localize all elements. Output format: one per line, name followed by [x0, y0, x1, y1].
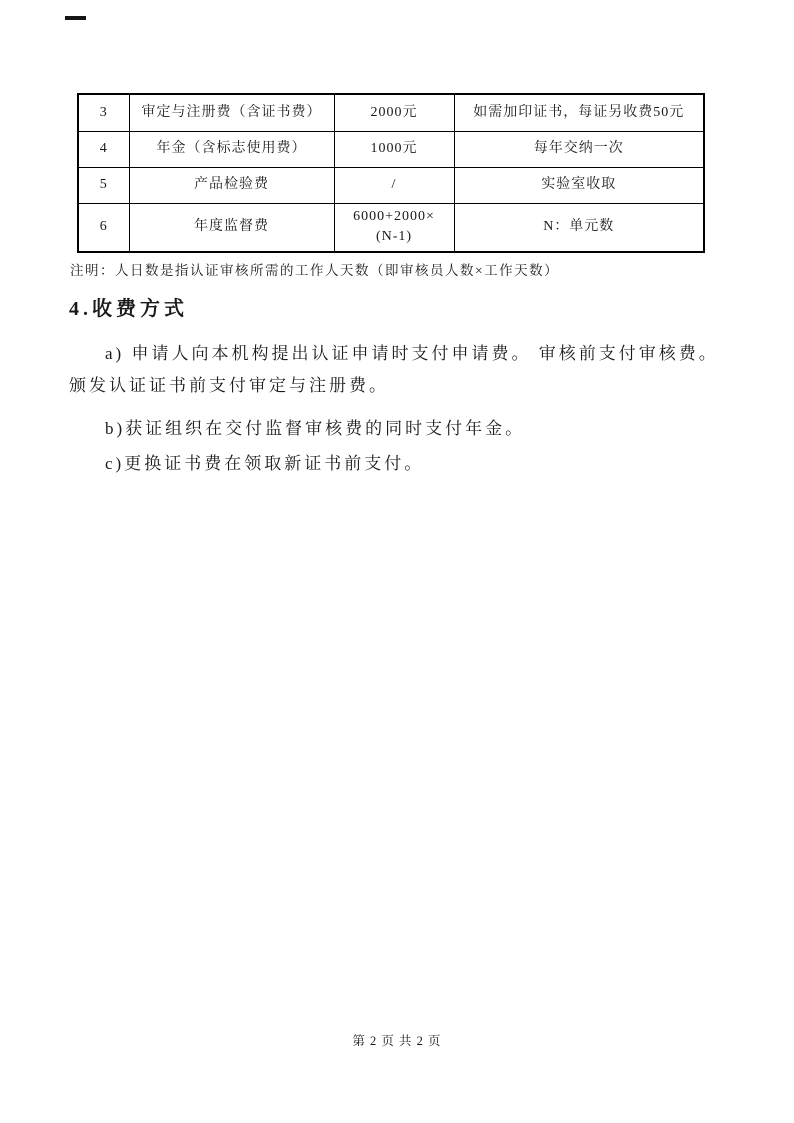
- section-heading: 4.收费方式: [69, 292, 188, 321]
- row-number-cell: 3: [78, 94, 129, 131]
- table-row: 3 审定与注册费（含证书费） 2000元 如需加印证书，每证另收费50元: [78, 94, 704, 131]
- table-row: 6 年度监督费 6000+2000× (N-1) N：单元数: [78, 203, 704, 252]
- table-row: 4 年金（含标志使用费） 1000元 每年交纳一次: [78, 131, 704, 167]
- table-row: 5 产品检验费 / 实验室收取: [78, 167, 704, 203]
- document-page: 3 审定与注册费（含证书费） 2000元 如需加印证书，每证另收费50元 4 年…: [0, 0, 794, 1123]
- fee-amount-cell: 2000元: [334, 94, 454, 131]
- fee-amount-cell: 1000元: [334, 131, 454, 167]
- fee-item-cell: 审定与注册费（含证书费）: [129, 94, 334, 131]
- row-number-cell: 5: [78, 167, 129, 203]
- fee-remark-cell: N：单元数: [454, 203, 704, 252]
- page-number: 第 2 页 共 2 页: [0, 1031, 794, 1049]
- fee-remark-cell: 实验室收取: [454, 167, 704, 203]
- fee-item-cell: 产品检验费: [129, 167, 334, 203]
- fee-item-cell: 年度监督费: [129, 203, 334, 252]
- paragraph-a-line1: a) 申请人向本机构提出认证申请时支付申请费。 审核前支付审核费。: [105, 339, 719, 364]
- fee-remark-cell: 如需加印证书，每证另收费50元: [454, 94, 704, 131]
- paragraph-c: c)更换证书费在领取新证书前支付。: [105, 449, 424, 474]
- fee-amount-cell: 6000+2000× (N-1): [334, 203, 454, 252]
- fee-table: 3 审定与注册费（含证书费） 2000元 如需加印证书，每证另收费50元 4 年…: [77, 93, 705, 253]
- row-number-cell: 4: [78, 131, 129, 167]
- table-note: 注明：人日数是指认证审核所需的工作人天数（即审核员人数×工作天数）: [70, 259, 559, 279]
- fee-item-cell: 年金（含标志使用费）: [129, 131, 334, 167]
- fee-remark-cell: 每年交纳一次: [454, 131, 704, 167]
- row-number-cell: 6: [78, 203, 129, 252]
- paragraph-b: b)获证组织在交付监督审核费的同时支付年金。: [105, 414, 525, 439]
- dash-mark: [65, 16, 86, 20]
- paragraph-a-line2: 颁发认证证书前支付审定与注册费。: [69, 371, 389, 396]
- fee-amount-cell: /: [334, 167, 454, 203]
